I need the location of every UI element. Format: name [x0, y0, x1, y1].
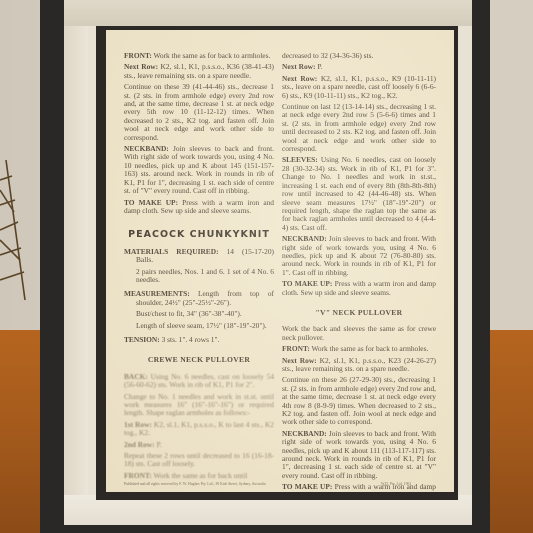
- v-continue-paragraph: Continue on these 26 (27-29-30) sts., de…: [282, 376, 436, 426]
- row2-paragraph: 2nd Row: P.: [124, 441, 274, 449]
- change-paragraph: Change to No. 1 needles and work in st.s…: [124, 393, 274, 418]
- left-column: FRONT: Work the same as for back to armh…: [124, 52, 274, 483]
- footer-publisher: Published and all rights reserved by F. …: [124, 482, 266, 486]
- row1-paragraph: 1st Row: K2, sl.1, K1, p.s.s.o., K to la…: [124, 421, 274, 438]
- sleeves-paragraph: SLEEVES: Using No. 6 needles, cast on lo…: [282, 156, 436, 232]
- materials-paragraph: MATERIALS REQUIRED: 14 (15-17-20) Balls.: [124, 248, 274, 265]
- v-next-row-paragraph: Next Row: K2, sl.1, K1, p.s.s.o., K23 (2…: [282, 357, 436, 374]
- wire-stand: [0, 160, 30, 310]
- needles-paragraph: 2 pairs needles, Nos. 1 and 6. 1 set of …: [124, 268, 274, 285]
- v-neckband-paragraph: NECKBAND: Join sleeves to back and front…: [282, 430, 436, 480]
- continue-paragraph: Continue on last 12 (13-14-14) sts., dec…: [282, 103, 436, 153]
- back-paragraph: BACK: Using No. 6 needles, cast on loose…: [124, 373, 274, 390]
- front-paragraph: FRONT: Work the same as for back to armh…: [124, 52, 274, 60]
- make-up-paragraph: TO MAKE UP: Press with a warm iron and d…: [124, 199, 274, 216]
- v-make-up-paragraph: TO MAKE UP: Press with a warm iron and d…: [282, 483, 436, 492]
- footer-printer: W.D. Pty. Ltd. 1961: [381, 482, 411, 486]
- right-column: decreased to 32 (34-36-36) sts. Next Row…: [282, 52, 436, 492]
- continue-paragraph: Continue on these 39 (41-44-46) sts., de…: [124, 83, 274, 142]
- neckband-paragraph: NECKBAND: Join sleeves to back and front…: [282, 235, 436, 277]
- v-front-paragraph: FRONT: Work the same as for back to armh…: [282, 345, 436, 353]
- tension-paragraph: TENSION: 3 sts. 1". 4 rows 1".: [124, 336, 274, 344]
- v-intro-paragraph: Work the back and sleeves the same as fo…: [282, 325, 436, 342]
- mat-left-bevel: [64, 0, 88, 525]
- measurements-paragraph: MEASUREMENTS: Length from top of shoulde…: [124, 290, 274, 307]
- pattern-page: FRONT: Work the same as for back to armh…: [106, 30, 454, 492]
- next-row-p-paragraph: Next Row: P.: [282, 63, 436, 71]
- crewe-heading: CREWE NECK PULLOVER: [124, 356, 274, 364]
- faded-text: BACK: Using No. 6 needles, cast on loose…: [124, 373, 274, 480]
- bust-paragraph: Bust/chest to fit, 34" (36"-38"-40").: [124, 310, 274, 318]
- v-neck-heading: "V" NECK PULLOVER: [282, 309, 436, 317]
- front2-paragraph: FRONT: Work the same as for back until: [124, 472, 274, 480]
- next-row-paragraph: Next Row: K2, sl.1, K1, p.s.s.o., K9 (10…: [282, 75, 436, 100]
- section-title: PEACOCK CHUNKYKNIT: [124, 231, 274, 239]
- neckband-paragraph: NECKBAND: Join sleeves to back and front…: [124, 145, 274, 195]
- next-row-paragraph: Next Row: K2, sl.1, K1, p.s.s.o., K36 (3…: [124, 63, 274, 80]
- sleeve-seam-paragraph: Length of sleeve seam, 17½" (18"-19"-20"…: [124, 322, 274, 330]
- mat-top-bevel: [64, 0, 472, 26]
- repeat-paragraph: Repeat these 2 rows until decreased to 1…: [124, 452, 274, 469]
- decreased-paragraph: decreased to 32 (34-36-36) sts.: [282, 52, 436, 60]
- make-up-paragraph: TO MAKE UP: Press with a warm iron and d…: [282, 280, 436, 297]
